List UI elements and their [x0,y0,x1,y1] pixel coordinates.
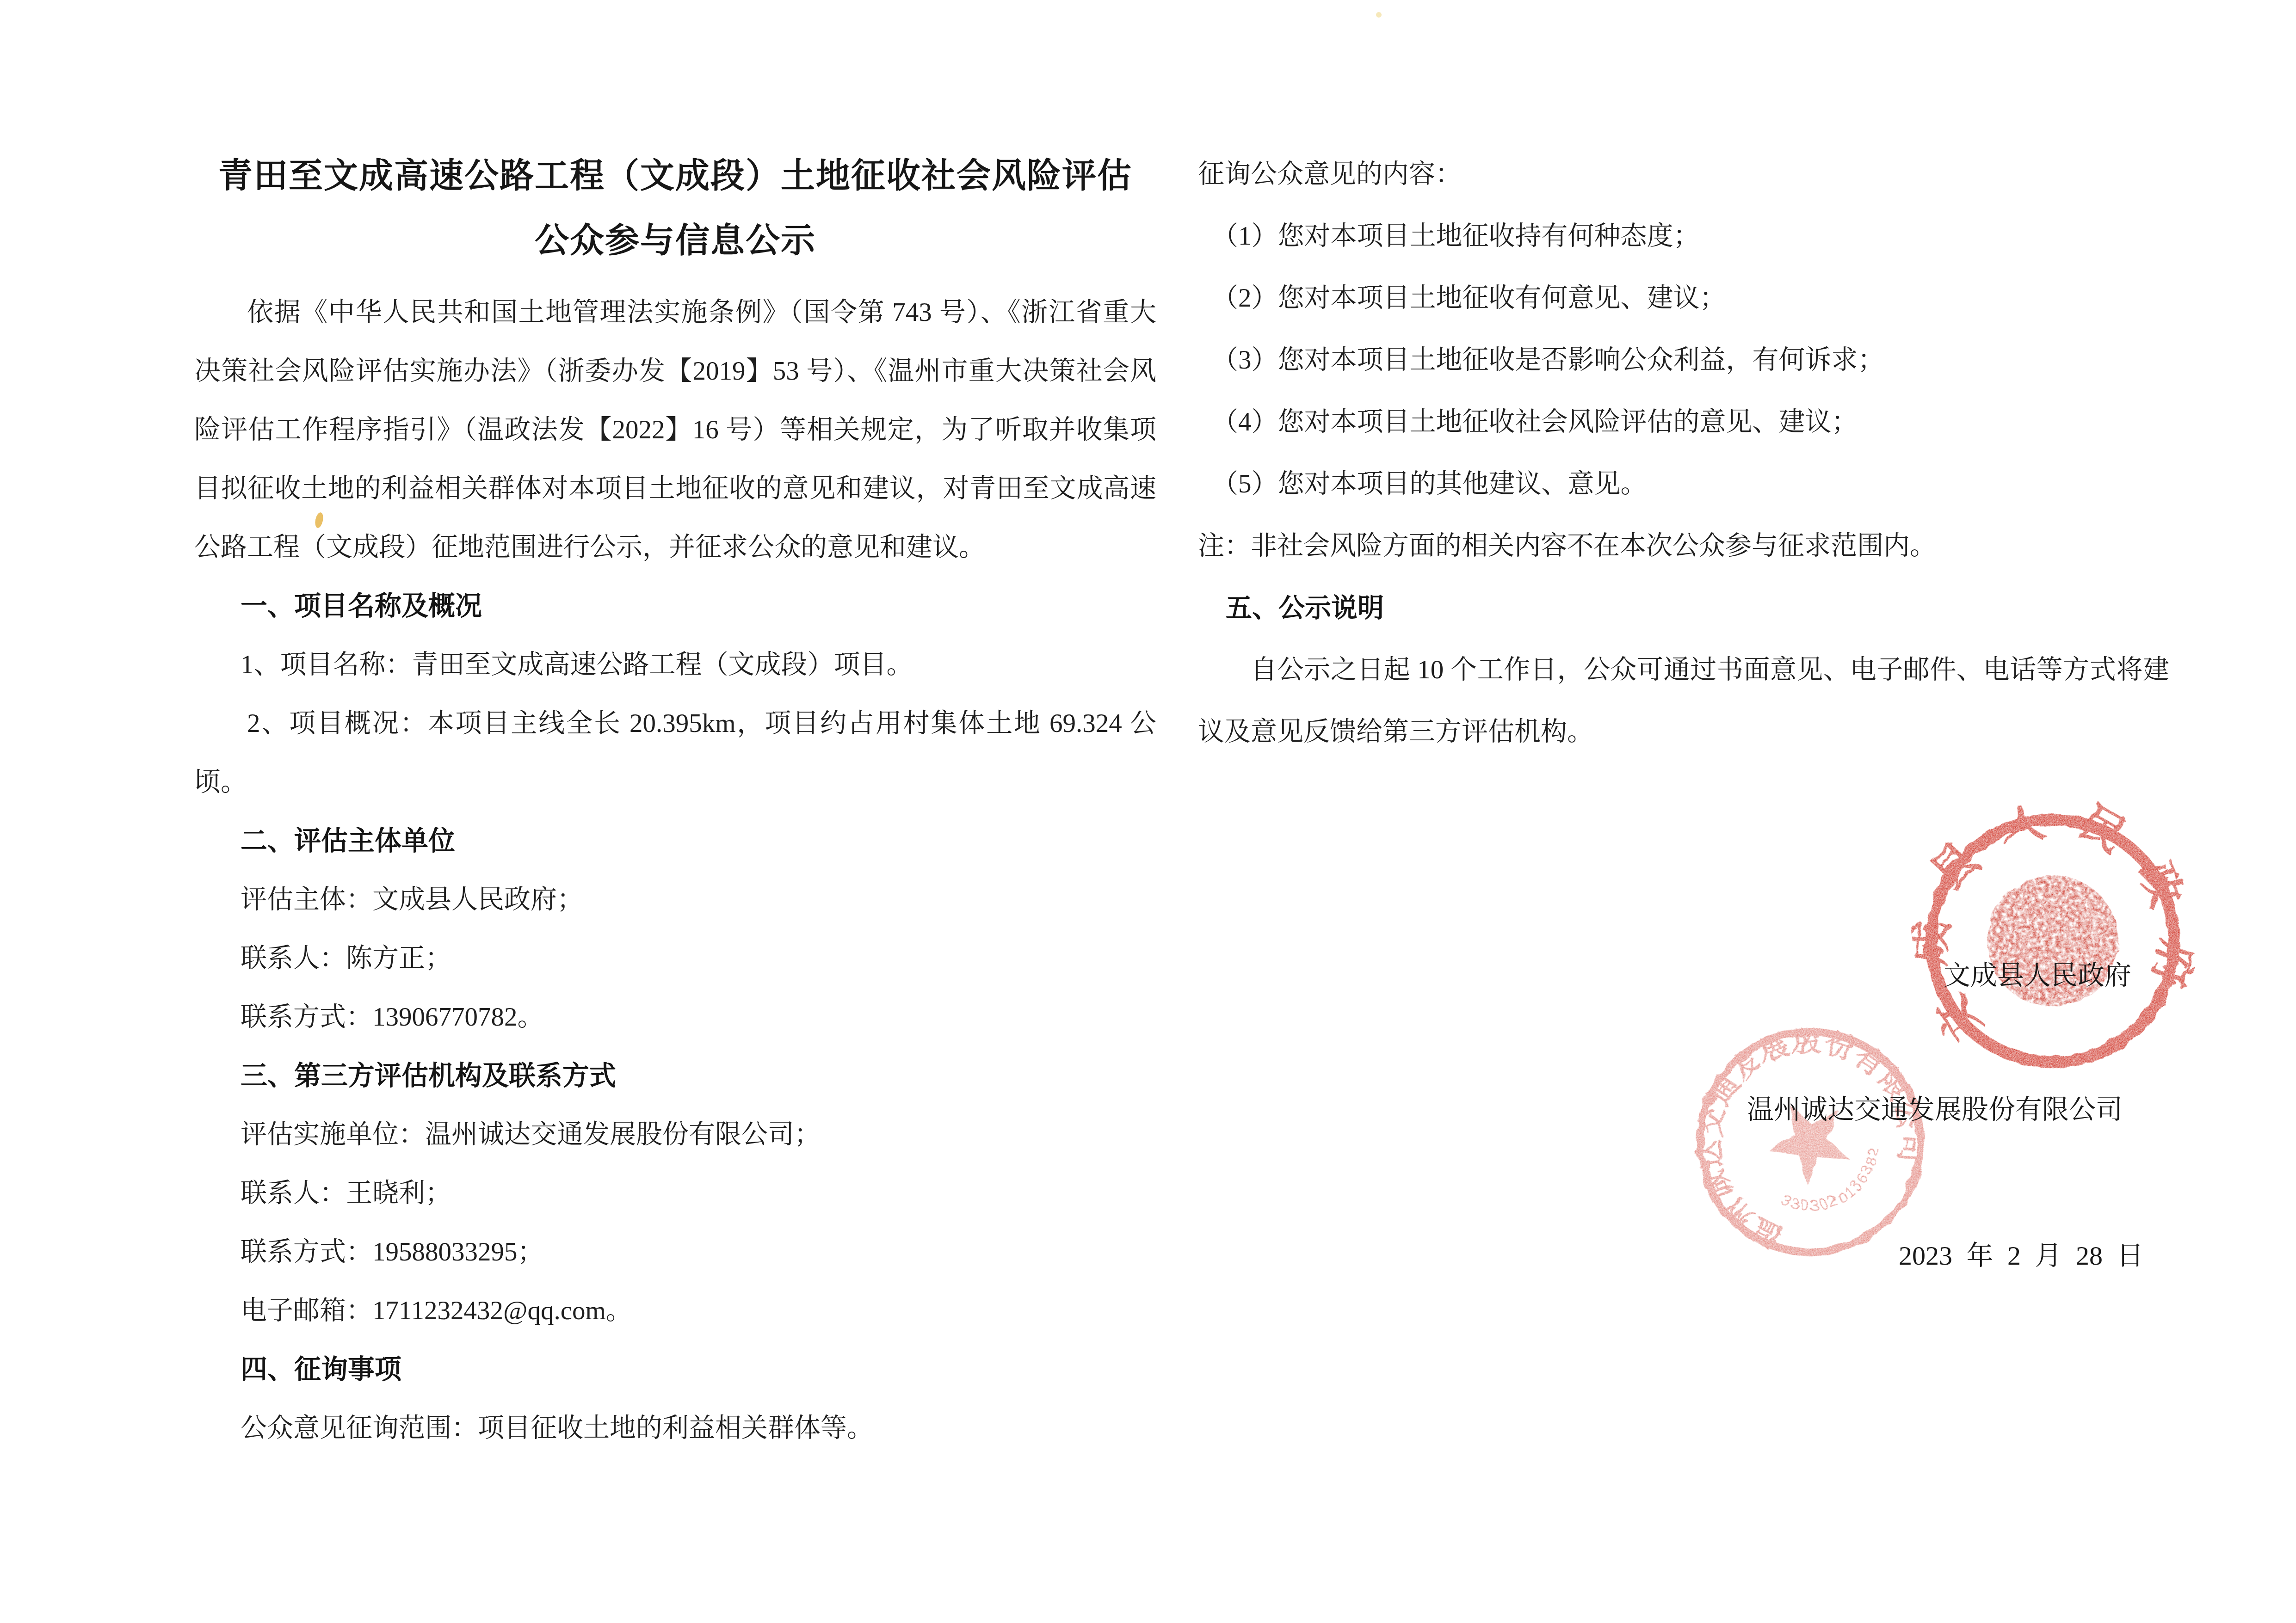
intro-paragraph: 依据《中华人民共和国土地管理法实施条例》（国令第 743 号）、《浙江省重大决策… [194,283,1156,577]
company-signature: 温州诚达交通发展股份有限公司 [1747,1088,2123,1126]
scope-line: 公众意见征询范围：项目征收土地的利益相关群体等。 [194,1399,1156,1457]
closing-paragraph: 自公示之日起 10 个工作日，公众可通过书面意见、电子邮件、电话等方式将建议及意… [1198,639,2169,763]
government-seal: 文成县人民政府 [1896,784,2210,1098]
note-line: 注：非社会风险方面的相关内容不在本次公众参与征求范围内。 [1198,515,2169,577]
scanned-notice-page: 青田至文成高速公路工程（文成段）土地征收社会风险评估 公众参与信息公示 依据《中… [0,0,2296,1623]
section5-heading: 五、公示说明 [1198,577,2169,639]
question-item-1: （1）您对本项目土地征收持有何种态度； [1198,205,2169,267]
contact1-line: 联系人：陈方正； [194,929,1156,988]
document-title-line2: 公众参与信息公示 [194,208,1156,273]
document-title-line1: 青田至文成高速公路工程（文成段）土地征收社会风险评估 [194,143,1156,208]
question-item-4: （4）您对本项目土地征收社会风险评估的意见、建议； [1198,391,2169,453]
government-signature: 文成县人民政府 [1944,953,2131,992]
content-intro-line: 征询公众意见的内容： [1198,143,2169,205]
national-emblem-blob [1979,867,2127,1015]
title-gap [194,273,1156,283]
scan-speck-top [1376,12,1382,18]
section4-heading: 四、征询事项 [194,1340,1156,1399]
contact2-line: 联系人：王晓利； [194,1164,1156,1223]
right-column: 征询公众意见的内容： （1）您对本项目土地征收持有何种态度； （2）您对本项目土… [1198,143,2169,763]
project-overview-item: 2、项目概况：本项目主线全长 20.395km，项目约占用村集体土地 69.32… [194,694,1156,811]
section3-heading: 三、第三方评估机构及联系方式 [194,1046,1156,1105]
question-item-5: （5）您对本项目的其他建议、意见。 [1198,453,2169,515]
section2-heading: 二、评估主体单位 [194,811,1156,870]
date-line: 2023 年 2 月 28 日 [1899,1234,2144,1273]
assessor-line: 评估主体：文成县人民政府； [194,870,1156,929]
email-line: 电子邮箱：1711232432@qq.com。 [194,1281,1156,1340]
project-name-item: 1、项目名称：青田至文成高速公路工程（文成段）项目。 [194,635,1156,694]
left-column: 青田至文成高速公路工程（文成段）土地征收社会风险评估 公众参与信息公示 依据《中… [194,143,1156,1457]
section1-heading: 一、项目名称及概况 [194,577,1156,635]
question-item-3: （3）您对本项目土地征收是否影响公众利益，有何诉求； [1198,329,2169,391]
question-item-2: （2）您对本项目土地征收有何意见、建议； [1198,267,2169,329]
phone2-line: 联系方式：19588033295； [194,1223,1156,1281]
implementer-line: 评估实施单位：温州诚达交通发展股份有限公司； [194,1105,1156,1164]
phone1-line: 联系方式：13906770782。 [194,988,1156,1046]
